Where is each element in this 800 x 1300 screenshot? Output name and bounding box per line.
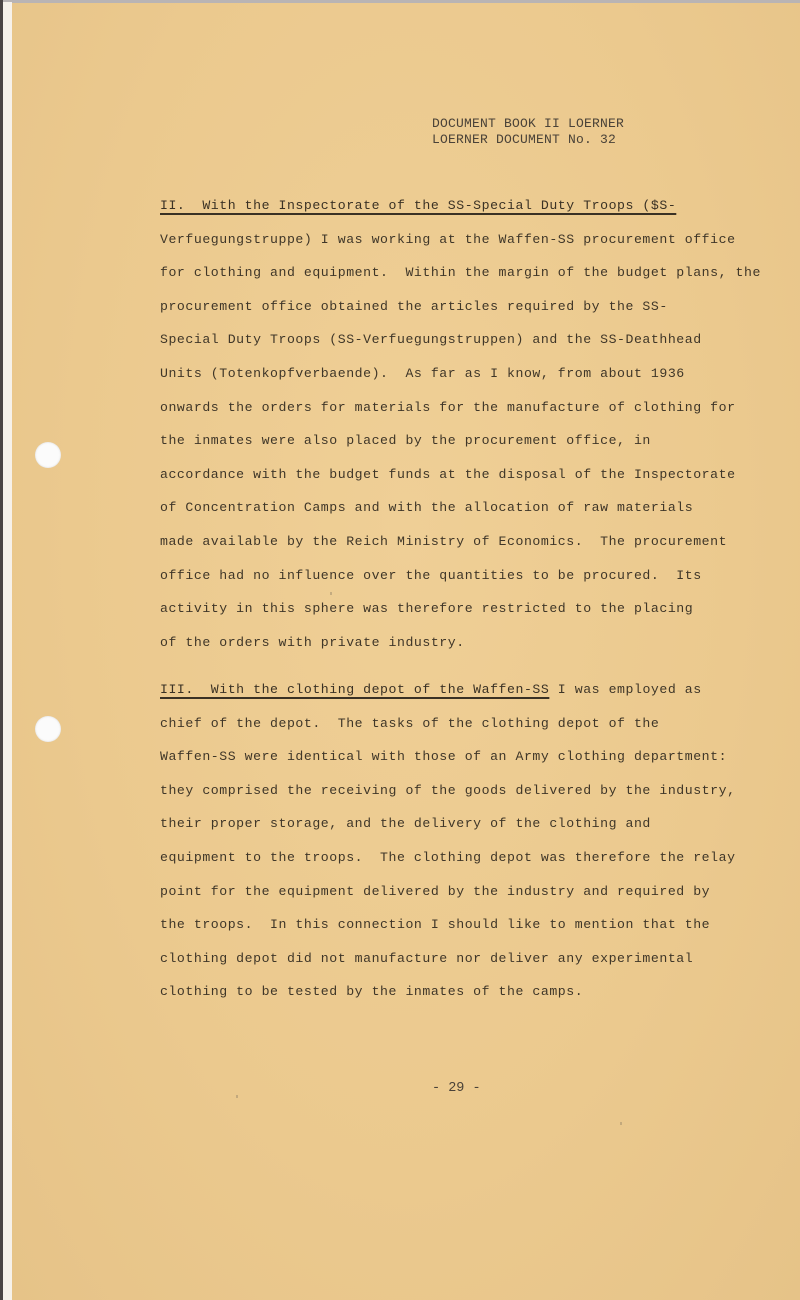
section-iii-heading-rest: I was employed as <box>549 682 701 697</box>
section-ii-heading: II. With the Inspectorate of the SS-Spec… <box>160 196 780 230</box>
section-iii-line: clothing depot did not manufacture nor d… <box>160 949 780 983</box>
section-ii-line: Units (Totenkopfverbaende). As far as I … <box>160 364 780 398</box>
page-number: - 29 - <box>432 1081 481 1096</box>
section-iii: III. With the clothing depot of the Waff… <box>160 680 780 1016</box>
section-iii-line: they comprised the receiving of the good… <box>160 781 780 815</box>
section-ii-line: made available by the Reich Ministry of … <box>160 532 780 566</box>
document-header: DOCUMENT BOOK II LOERNER LOERNER DOCUMEN… <box>432 116 624 148</box>
section-iii-line: Waffen-SS were identical with those of a… <box>160 747 780 781</box>
paper-speck <box>330 592 332 595</box>
section-ii-line: of Concentration Camps and with the allo… <box>160 498 780 532</box>
section-ii-line: activity in this sphere was therefore re… <box>160 599 780 633</box>
section-iii-line: the troops. In this connection I should … <box>160 915 780 949</box>
section-ii-line: for clothing and equipment. Within the m… <box>160 263 780 297</box>
punch-hole-bottom <box>35 716 61 742</box>
section-iii-first-line: III. With the clothing depot of the Waff… <box>160 680 780 714</box>
header-line-1: DOCUMENT BOOK II LOERNER <box>432 116 624 132</box>
section-ii-line: of the orders with private industry. <box>160 633 780 667</box>
section-iii-line: clothing to be tested by the inmates of … <box>160 982 780 1016</box>
section-ii-line: office had no influence over the quantit… <box>160 566 780 600</box>
section-ii-line: accordance with the budget funds at the … <box>160 465 780 499</box>
scan-left-margin <box>3 2 12 1300</box>
section-ii-line: onwards the orders for materials for the… <box>160 398 780 432</box>
section-iii-line: equipment to the troops. The clothing de… <box>160 848 780 882</box>
punch-hole-top <box>35 442 61 468</box>
section-ii-line: Verfuegungstruppe) I was working at the … <box>160 230 780 264</box>
paper-speck <box>620 1122 622 1125</box>
section-ii: II. With the Inspectorate of the SS-Spec… <box>160 196 780 666</box>
section-ii-line: Special Duty Troops (SS-Verfuegungstrupp… <box>160 330 780 364</box>
section-iii-heading: III. With the clothing depot of the Waff… <box>160 682 549 697</box>
section-iii-line: point for the equipment delivered by the… <box>160 882 780 916</box>
section-iii-line: chief of the depot. The tasks of the clo… <box>160 714 780 748</box>
section-iii-line: their proper storage, and the delivery o… <box>160 814 780 848</box>
paper-speck <box>236 1095 238 1098</box>
section-ii-line: the inmates were also placed by the proc… <box>160 431 780 465</box>
header-line-2: LOERNER DOCUMENT No. 32 <box>432 132 624 148</box>
section-ii-line: procurement office obtained the articles… <box>160 297 780 331</box>
